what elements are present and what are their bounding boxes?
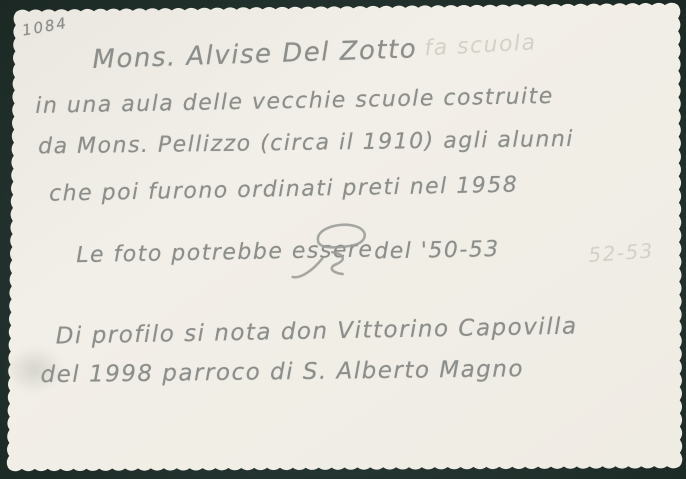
catalog-number: 1084 (21, 14, 70, 40)
scribble-mark (288, 217, 381, 283)
handwriting-layer: 1084 Mons. Alvise Del Zotto fa scuola in… (0, 0, 686, 479)
handwriting-title-line: Mons. Alvise Del Zotto (92, 34, 418, 75)
faint-smudge (4, 345, 65, 394)
handwriting-line: che poi furono ordinati preti nel 1958 (49, 173, 519, 207)
faint-ghost-note: fa scuola (424, 30, 537, 61)
handwriting-line: Di profilo si nota don Vittorino Capovil… (56, 314, 578, 350)
photo-back-scan: 1084 Mons. Alvise Del Zotto fa scuola in… (0, 0, 686, 479)
handwriting-line: del 1998 parroco di S. Alberto Magno (40, 356, 524, 388)
handwriting-line: da Mons. Pellizzo (circa il 1910) agli a… (38, 127, 574, 159)
faint-ghost-date: 52-53 (588, 238, 655, 267)
handwriting-line: in una aula delle vecchie scuole costrui… (35, 84, 554, 119)
handwriting-date-suffix: del '50-53 (374, 237, 500, 264)
